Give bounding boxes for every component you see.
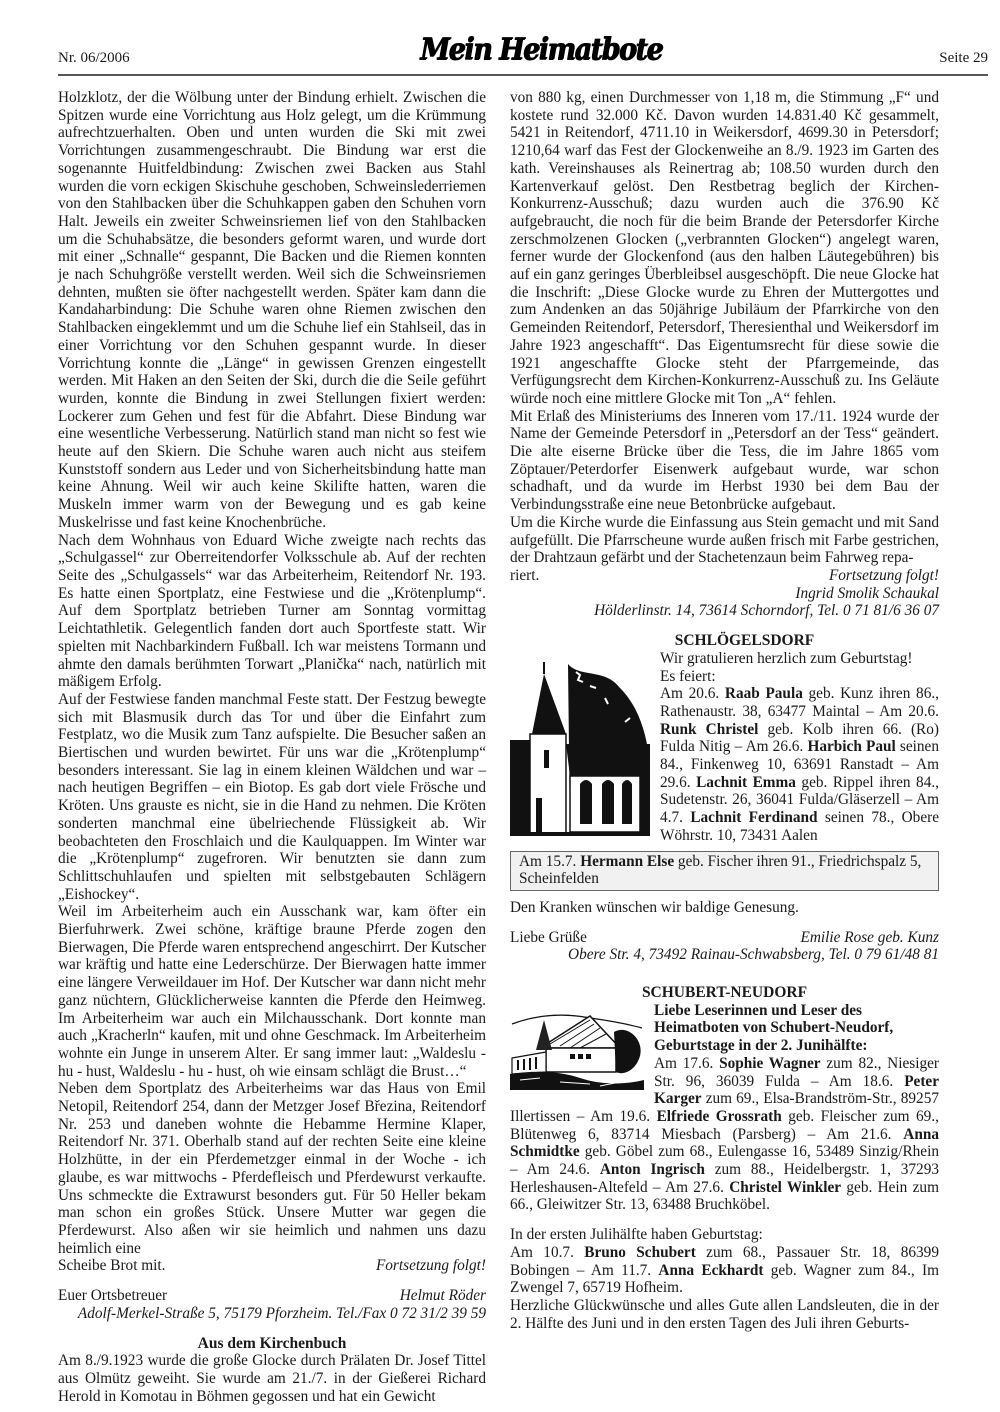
signoff-name: Emilie Rose geb. Kunz bbox=[800, 929, 939, 947]
continuation-row: riert. Fortsetzung folgt! bbox=[510, 567, 939, 585]
july-birthday-list: Am 10.7. Bruno Schubert zum 68., Passaue… bbox=[510, 1244, 939, 1297]
continuation-note: Fortsetzung folgt! bbox=[376, 1257, 486, 1275]
kirchenbuch-paragraph: Am 8./9.1923 wurde die große Glocke durc… bbox=[58, 1352, 486, 1405]
continuation-note: Fortsetzung folgt! bbox=[829, 567, 939, 585]
bierwagen-paragraph: Weil im Arbeiterheim auch ein Ausschank … bbox=[58, 903, 486, 1080]
page-number: Seite 29 bbox=[939, 50, 988, 67]
last-line: riert. bbox=[510, 567, 539, 585]
netopil-paragraph: Neben dem Sportplatz des Arbeiterheims w… bbox=[58, 1080, 486, 1257]
glocke-paragraph: von 880 kg, einen Durchmesser von 1,18 m… bbox=[510, 89, 939, 408]
ski-binding-paragraph: Holzklotz, der die Wölbung unter der Bin… bbox=[58, 89, 486, 532]
closing-wishes: Herzliche Glückwünsche und alles Gute al… bbox=[510, 1297, 939, 1332]
signoff-row: Euer Ortsbetreuer Helmut Röder bbox=[58, 1287, 486, 1305]
house-icon bbox=[510, 1008, 644, 1090]
section-title-schloegelsdorf: SCHLÖGELSDORF bbox=[510, 632, 939, 650]
house-illustration bbox=[510, 1008, 644, 1090]
signoff-label: Euer Ortsbetreuer bbox=[58, 1287, 167, 1305]
page-header: Nr. 06/2006 Mein Heimatbote Seite 29 bbox=[58, 40, 988, 76]
signoff-label: Liebe Grüße bbox=[510, 929, 587, 947]
schulgassel-paragraph: Nach dem Wohnhaus von Eduard Wiche zweig… bbox=[58, 532, 486, 691]
july-intro: In der ersten Julihälfte haben Geburtsta… bbox=[510, 1226, 939, 1244]
section-title-kirchenbuch: Aus dem Kirchenbuch bbox=[58, 1335, 486, 1353]
issue-number: Nr. 06/2006 bbox=[58, 50, 130, 67]
festwiese-paragraph: Auf der Festwiese fanden manchmal Feste … bbox=[58, 691, 486, 903]
signoff-address: Obere Str. 4, 73492 Rainau-Schwabsberg, … bbox=[510, 946, 939, 964]
left-column: Holzklotz, der die Wölbung unter der Bin… bbox=[58, 89, 486, 1405]
continuation-row: Scheibe Brot mit. Fortsetzung folgt! bbox=[58, 1257, 486, 1275]
right-column: von 880 kg, einen Durchmesser von 1,18 m… bbox=[510, 89, 939, 1332]
kirche-paragraph: Um die Kirche wurde die Einfassung aus S… bbox=[510, 514, 939, 567]
church-icon bbox=[510, 658, 650, 836]
church-illustration bbox=[510, 658, 650, 836]
author-address: Hölderlinstr. 14, 73614 Schorndorf, Tel.… bbox=[510, 602, 939, 620]
section-title-schubert-neudorf: SCHUBERT-NEUDORF bbox=[510, 984, 939, 1002]
signoff-row: Liebe Grüße Emilie Rose geb. Kunz bbox=[510, 929, 939, 947]
signoff-name: Helmut Röder bbox=[400, 1287, 486, 1305]
signoff-address: Adolf-Merkel-Straße 5, 75179 Pforzheim. … bbox=[58, 1305, 486, 1323]
author-name: Ingrid Smolik Schaukal bbox=[510, 585, 939, 603]
erlass-paragraph: Mit Erlaß des Ministeriums des Inneren v… bbox=[510, 408, 939, 514]
masthead-logo: Mein Heimatbote bbox=[420, 32, 662, 66]
get-well-wish: Den Kranken wünschen wir baldige Genesun… bbox=[510, 899, 939, 917]
last-line: Scheibe Brot mit. bbox=[58, 1257, 166, 1275]
highlighted-birthday-box: Am 15.7. Hermann Else geb. Fischer ihren… bbox=[510, 851, 939, 891]
